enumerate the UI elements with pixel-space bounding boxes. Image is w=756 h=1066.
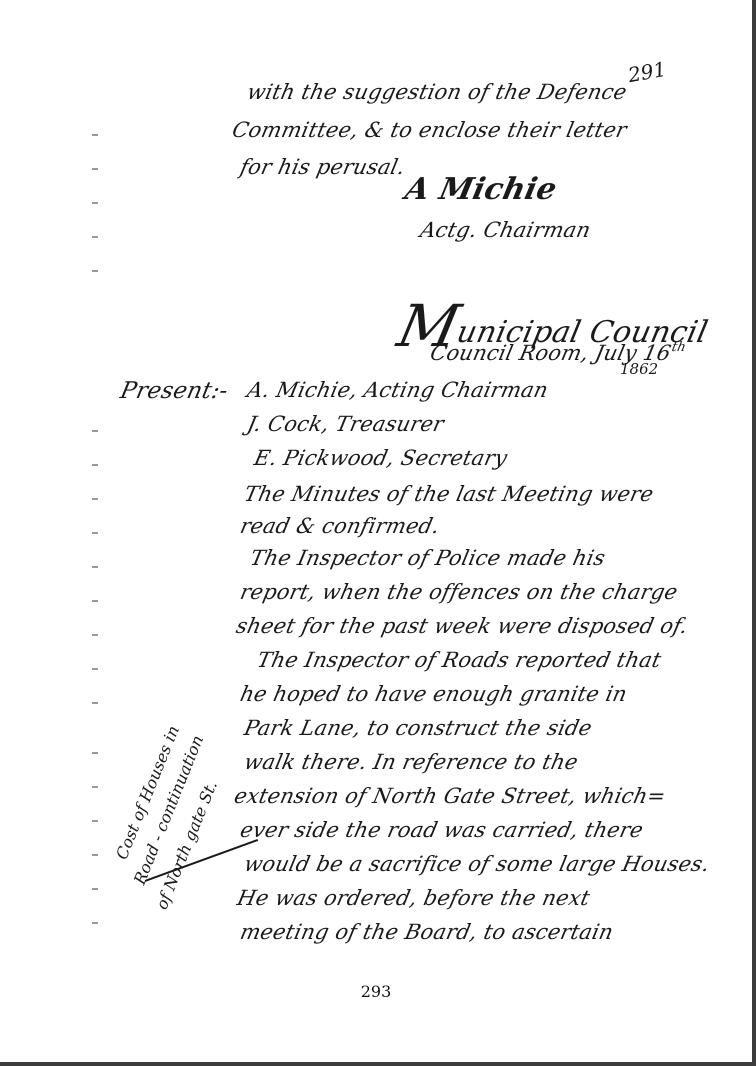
- continuation-line: Committee, & to enclose their letter: [230, 118, 629, 142]
- rule-mark: [92, 600, 98, 602]
- body-line: extension of North Gate Street, which=: [232, 784, 668, 808]
- attendee: J. Cock, Treasurer: [245, 412, 446, 436]
- attendee: E. Pickwood, Secretary: [252, 446, 509, 470]
- body-line: The Inspector of Roads reported that: [255, 648, 663, 672]
- signature-title: Actg. Chairman: [418, 218, 593, 242]
- rule-mark: [92, 786, 98, 788]
- rule-mark: [92, 270, 98, 272]
- rule-mark: [92, 236, 98, 238]
- rule-mark: [92, 752, 98, 754]
- rule-mark: [92, 922, 98, 924]
- rule-mark: [92, 532, 98, 534]
- rule-mark: [92, 566, 98, 568]
- rule-mark: [92, 498, 98, 500]
- page-number: 293: [0, 982, 752, 1001]
- rule-mark: [92, 820, 98, 822]
- rule-mark: [92, 168, 98, 170]
- body-line: report, when the offences on the charge: [238, 580, 680, 604]
- document-page: 291 with the suggestion of the Defence C…: [0, 0, 756, 1066]
- rule-mark: [92, 134, 98, 136]
- chairman-signature: A Michie: [402, 172, 560, 207]
- body-line: ever side the road was carried, there: [238, 818, 645, 842]
- rule-mark: [92, 202, 98, 204]
- rule-mark: [92, 668, 98, 670]
- body-line: meeting of the Board, to ascertain: [238, 920, 616, 944]
- body-line: He was ordered, before the next: [235, 886, 592, 910]
- body-line: The Minutes of the last Meeting were: [242, 482, 656, 506]
- present-label: Present:-: [118, 378, 230, 404]
- continuation-line: with the suggestion of the Defence: [245, 80, 629, 104]
- rule-mark: [92, 702, 98, 704]
- body-line: sheet for the past week were disposed of…: [234, 614, 690, 638]
- body-line: walk there. In reference to the: [242, 750, 580, 774]
- body-line: read & confirmed.: [238, 514, 442, 538]
- attendee: A. Michie, Acting Chairman: [245, 378, 550, 402]
- rule-mark: [92, 464, 98, 466]
- body-line: he hoped to have enough granite in: [238, 682, 629, 706]
- body-line: Park Lane, to construct the side: [242, 716, 594, 740]
- rule-mark: [92, 888, 98, 890]
- rule-mark: [92, 430, 98, 432]
- rule-mark: [92, 854, 98, 856]
- body-line: The Inspector of Police made his: [248, 546, 607, 570]
- meeting-year: 1862: [620, 360, 658, 378]
- body-line: would be a sacrifice of some large House…: [242, 852, 712, 876]
- rule-mark: [92, 634, 98, 636]
- continuation-line: for his perusal.: [238, 155, 407, 179]
- folio-number: 291: [626, 57, 668, 87]
